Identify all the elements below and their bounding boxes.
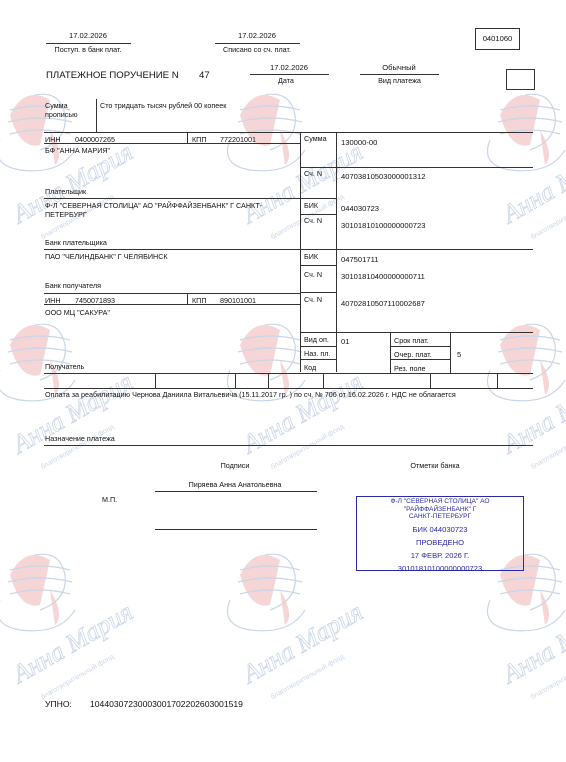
bank-marks-label: Отметки банка [380, 461, 490, 470]
sum-value: 130000-00 [341, 138, 377, 147]
stamp-bik: БИК 044030723 [357, 525, 523, 534]
amount-words-label-1: Сумма [45, 101, 68, 110]
vid-op: 01 [341, 337, 349, 346]
watermark-logo-icon: Анна Марияблаготворительный фонд [0, 530, 150, 700]
payer-inn-label: ИНН [45, 135, 61, 144]
payer-bik: 044030723 [341, 204, 379, 213]
received-label: Поступ. в банк плат. [40, 45, 136, 54]
payer-inn: 0400007265 [75, 135, 115, 144]
payee-bik-label: БИК [304, 252, 318, 261]
purpose-text: Оплата за реабилитацию Чернова Даниила В… [45, 390, 456, 399]
ocher-label: Очер. плат. [394, 350, 432, 359]
bank-stamp: Ф-Л "СЕВЕРНАЯ СТОЛИЦА" АО "РАЙФФАЙЗЕНБАН… [356, 496, 524, 571]
payee-bank-account: 30101810400000000711 [341, 272, 425, 281]
svg-text:Анна Мария: Анна Мария [236, 137, 368, 230]
svg-text:Анна Мария: Анна Мария [6, 597, 138, 690]
payee-bank-label: Банк получателя [45, 281, 101, 290]
document-date: 17.02.2026 [250, 63, 328, 72]
vid-op-label: Вид оп. [304, 335, 329, 344]
signatures-label: Подписи [155, 461, 315, 470]
payer-bank-label: Банк плательщика [45, 238, 107, 247]
document-number: 47 [199, 70, 210, 81]
svg-text:Анна Мария: Анна Мария [496, 137, 566, 230]
sum-label: Сумма [304, 134, 327, 143]
payment-type-label: Вид платежа [360, 76, 439, 85]
payer-bank-name-2: ПЕТЕРБУРГ [45, 210, 87, 219]
payer-label: Плательщик [45, 187, 86, 196]
payee-account-label: Сч. N [304, 295, 322, 304]
payee-inn-label: ИНН [45, 296, 61, 305]
payee-inn: 7450071893 [75, 296, 115, 305]
payee-bank-account-label: Сч. N [304, 270, 322, 279]
upno-value: 10440307230003001702202603001519 [90, 699, 243, 709]
received-date: 17.02.2026 [46, 31, 130, 40]
mp-label: М.П. [102, 495, 117, 504]
stamp-account: 30101810100000000723 [357, 564, 523, 573]
payee-bank-name: ПАО "ЧЕЛИНДБАНК" Г ЧЕЛЯБИНСК [45, 252, 168, 261]
payee-kpp-label: КПП [192, 296, 207, 305]
stamp-line-1: Ф-Л "СЕВЕРНАЯ СТОЛИЦА" АО "РАЙФФАЙЗЕНБАН… [357, 498, 523, 513]
svg-text:благотворительный фонд: благотворительный фонд [529, 653, 566, 700]
amount-words-value: Сто тридцать тысяч рублей 00 копеек [100, 101, 226, 110]
svg-text:благотворительный фонд: благотворительный фонд [269, 653, 345, 700]
stamp-status: ПРОВЕДЕНО [357, 538, 523, 547]
payee-bik: 047501711 [341, 255, 378, 264]
payee-kpp: 890101001 [220, 296, 256, 305]
rez-label: Рез. поле [394, 364, 426, 373]
upno-label: УПНО: [45, 699, 72, 709]
payer-account-label: Сч. N [304, 169, 322, 178]
payer-bank-account: 30101810100000000723 [341, 221, 425, 230]
svg-text:Анна Мария: Анна Мария [496, 597, 566, 690]
watermark-logo-icon: Анна Марияблаготворительный фонд [210, 70, 380, 240]
svg-text:благотворительный фонд: благотворительный фонд [39, 653, 115, 700]
form-code-box: 0401060 [475, 28, 520, 50]
payer-bank-account-label: Сч. N [304, 216, 322, 225]
stamp-line-2: САНКТ-ПЕТЕРБУРГ [357, 513, 523, 521]
payee-label: Получатель [45, 362, 84, 371]
amount-words-label-2: прописью [45, 110, 78, 119]
form-code: 0401060 [476, 34, 519, 43]
payer-account: 40703810503000001312 [341, 172, 425, 181]
svg-text:Анна Мария: Анна Мария [236, 597, 368, 690]
naz-pl-label: Наз. пл. [304, 349, 330, 358]
payer-name: БФ "АННА МАРИЯ" [45, 146, 110, 155]
watermark-logo-icon: Анна Марияблаготворительный фонд [470, 70, 566, 240]
status-code-box [506, 69, 535, 90]
srok-label: Срок плат. [394, 336, 429, 345]
payer-kpp-label: КПП [192, 135, 207, 144]
payee-account: 40702810507110002687 [341, 299, 425, 308]
payee-name: ООО МЦ "САКУРА" [45, 308, 110, 317]
date-label: Дата [278, 76, 294, 85]
payer-kpp: 772201001 [220, 135, 256, 144]
watermark-logo-icon: Анна Марияблаготворительный фонд [210, 530, 380, 700]
purpose-label: Назначение платежа [45, 434, 115, 443]
payment-type: Обычный [360, 63, 438, 72]
stamp-date: 17 ФЕВР. 2026 Г. [357, 551, 523, 560]
svg-text:благотворительный фонд: благотворительный фонд [39, 423, 115, 470]
kod-label: Код [304, 363, 316, 372]
signer-name: Пиряева Анна Анатольевна [155, 480, 315, 489]
debited-date: 17.02.2026 [215, 31, 299, 40]
debited-label: Списано со сч. плат. [208, 45, 306, 54]
document-title: ПЛАТЕЖНОЕ ПОРУЧЕНИЕ N [46, 70, 179, 81]
ocher-value: 5 [457, 350, 461, 359]
svg-text:благотворительный фонд: благотворительный фонд [529, 193, 566, 240]
svg-text:благотворительный фонд: благотворительный фонд [529, 423, 566, 470]
payer-bank-name-1: Ф-Л "СЕВЕРНАЯ СТОЛИЦА" АО "РАЙФФАЙЗЕНБАН… [45, 201, 262, 210]
payer-bik-label: БИК [304, 201, 318, 210]
